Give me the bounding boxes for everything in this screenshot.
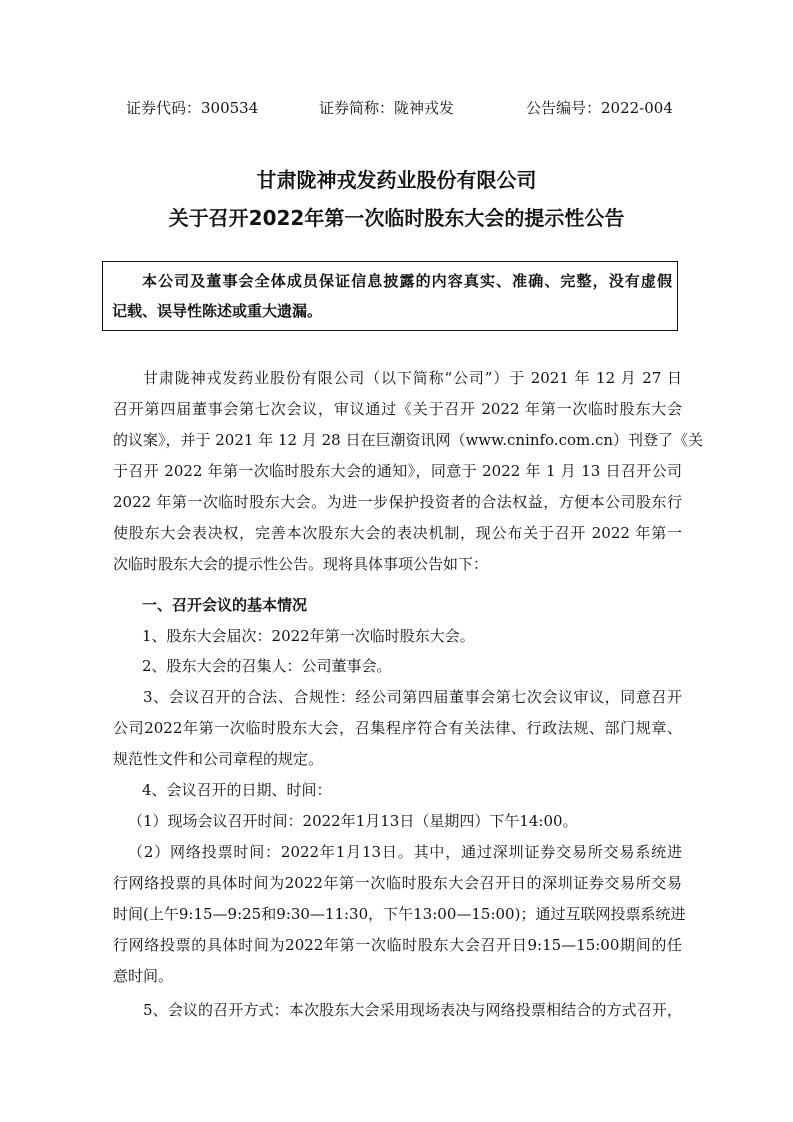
intro-line: 甘肃陇神戎发药业股份有限公司（以下简称“公司”）于 2021 年 12 月 27… [143,370,682,386]
stock-abbreviation: 证券简称：陇神戎发 [319,100,454,116]
item-4-2-line: 意时间。 [113,968,173,984]
announcement-title: 关于召开2022年第一次临时股东大会的提示性公告 [0,206,793,230]
company-title: 甘肃陇神戎发药业股份有限公司 [0,168,793,192]
item-4-2-line: 行网络投票的具体时间为2022年第一次临时股东大会召开日的深圳证券交易所交易 [113,875,682,891]
intro-line: 召开第四届董事会第七次会议，审议通过《关于召开 2022 年第一次临时股东大会 [113,401,682,417]
item-4-2-line: （2）网络投票时间：2022年1月13日。其中，通过深圳证券交易所交易系统进 [128,844,682,860]
intro-line: 的议案》，并于 2021 年 12 月 28 日在巨潮资讯网（www.cninf… [113,432,682,448]
item-3-line: 公司2022年第一次临时股东大会，召集程序符合有关法律、行政法规、部门规章、 [113,720,682,736]
item-4-2-line: 时间(上午9:15—9:25和9:30—11:30，下午13:00—15:00)… [113,906,682,922]
item-4-2-line: 行网络投票的具体时间为2022年第一次临时股东大会召开日9:15—15:00期间… [113,937,682,953]
item-4: 4、会议召开的日期、时间： [142,782,332,798]
document-page: 证券代码：300534 证券简称：陇神戎发 公告编号：2022-004 甘肃陇神… [0,0,793,1122]
intro-line: 于召开 2022 年第一次临时股东大会的通知》，同意于 2022 年 1 月 1… [113,463,682,479]
item-1: 1、股东大会届次：2022年第一次临时股东大会。 [142,628,475,644]
item-4-1: （1）现场会议召开时间：2022年1月13日（星期四）下午14:00。 [128,813,578,829]
disclaimer-line: 记载、误导性陈述或重大遗漏。 [112,303,322,319]
item-3-line: 规范性文件和公司章程的规定。 [113,751,323,767]
intro-line: 次临时股东大会的提示性公告。现将具体事项公告如下： [113,556,488,572]
intro-line: 使股东大会表决权，完善本次股东大会的表决机制，现公布关于召开 2022 年第一 [113,525,682,541]
item-2: 2、股东大会的召集人：公司董事会。 [142,658,392,674]
stock-code: 证券代码：300534 [126,100,258,116]
item-5: 5、会议的召开方式：本次股东大会采用现场表决与网络投票相结合的方式召开， [143,1002,682,1018]
intro-line: 2022 年第一次临时股东大会。为进一步保护投资者的合法权益，方便本公司股东行 [113,494,682,510]
section-heading: 一、召开会议的基本情况 [142,597,307,613]
announcement-number: 公告编号：2022-004 [526,100,673,116]
item-3-line: 3、会议召开的合法、合规性：经公司第四届董事会第七次会议审议，同意召开 [143,689,682,705]
disclaimer-line: 本公司及董事会全体成员保证信息披露的内容真实、准确、完整，没有虚假 [142,273,672,289]
